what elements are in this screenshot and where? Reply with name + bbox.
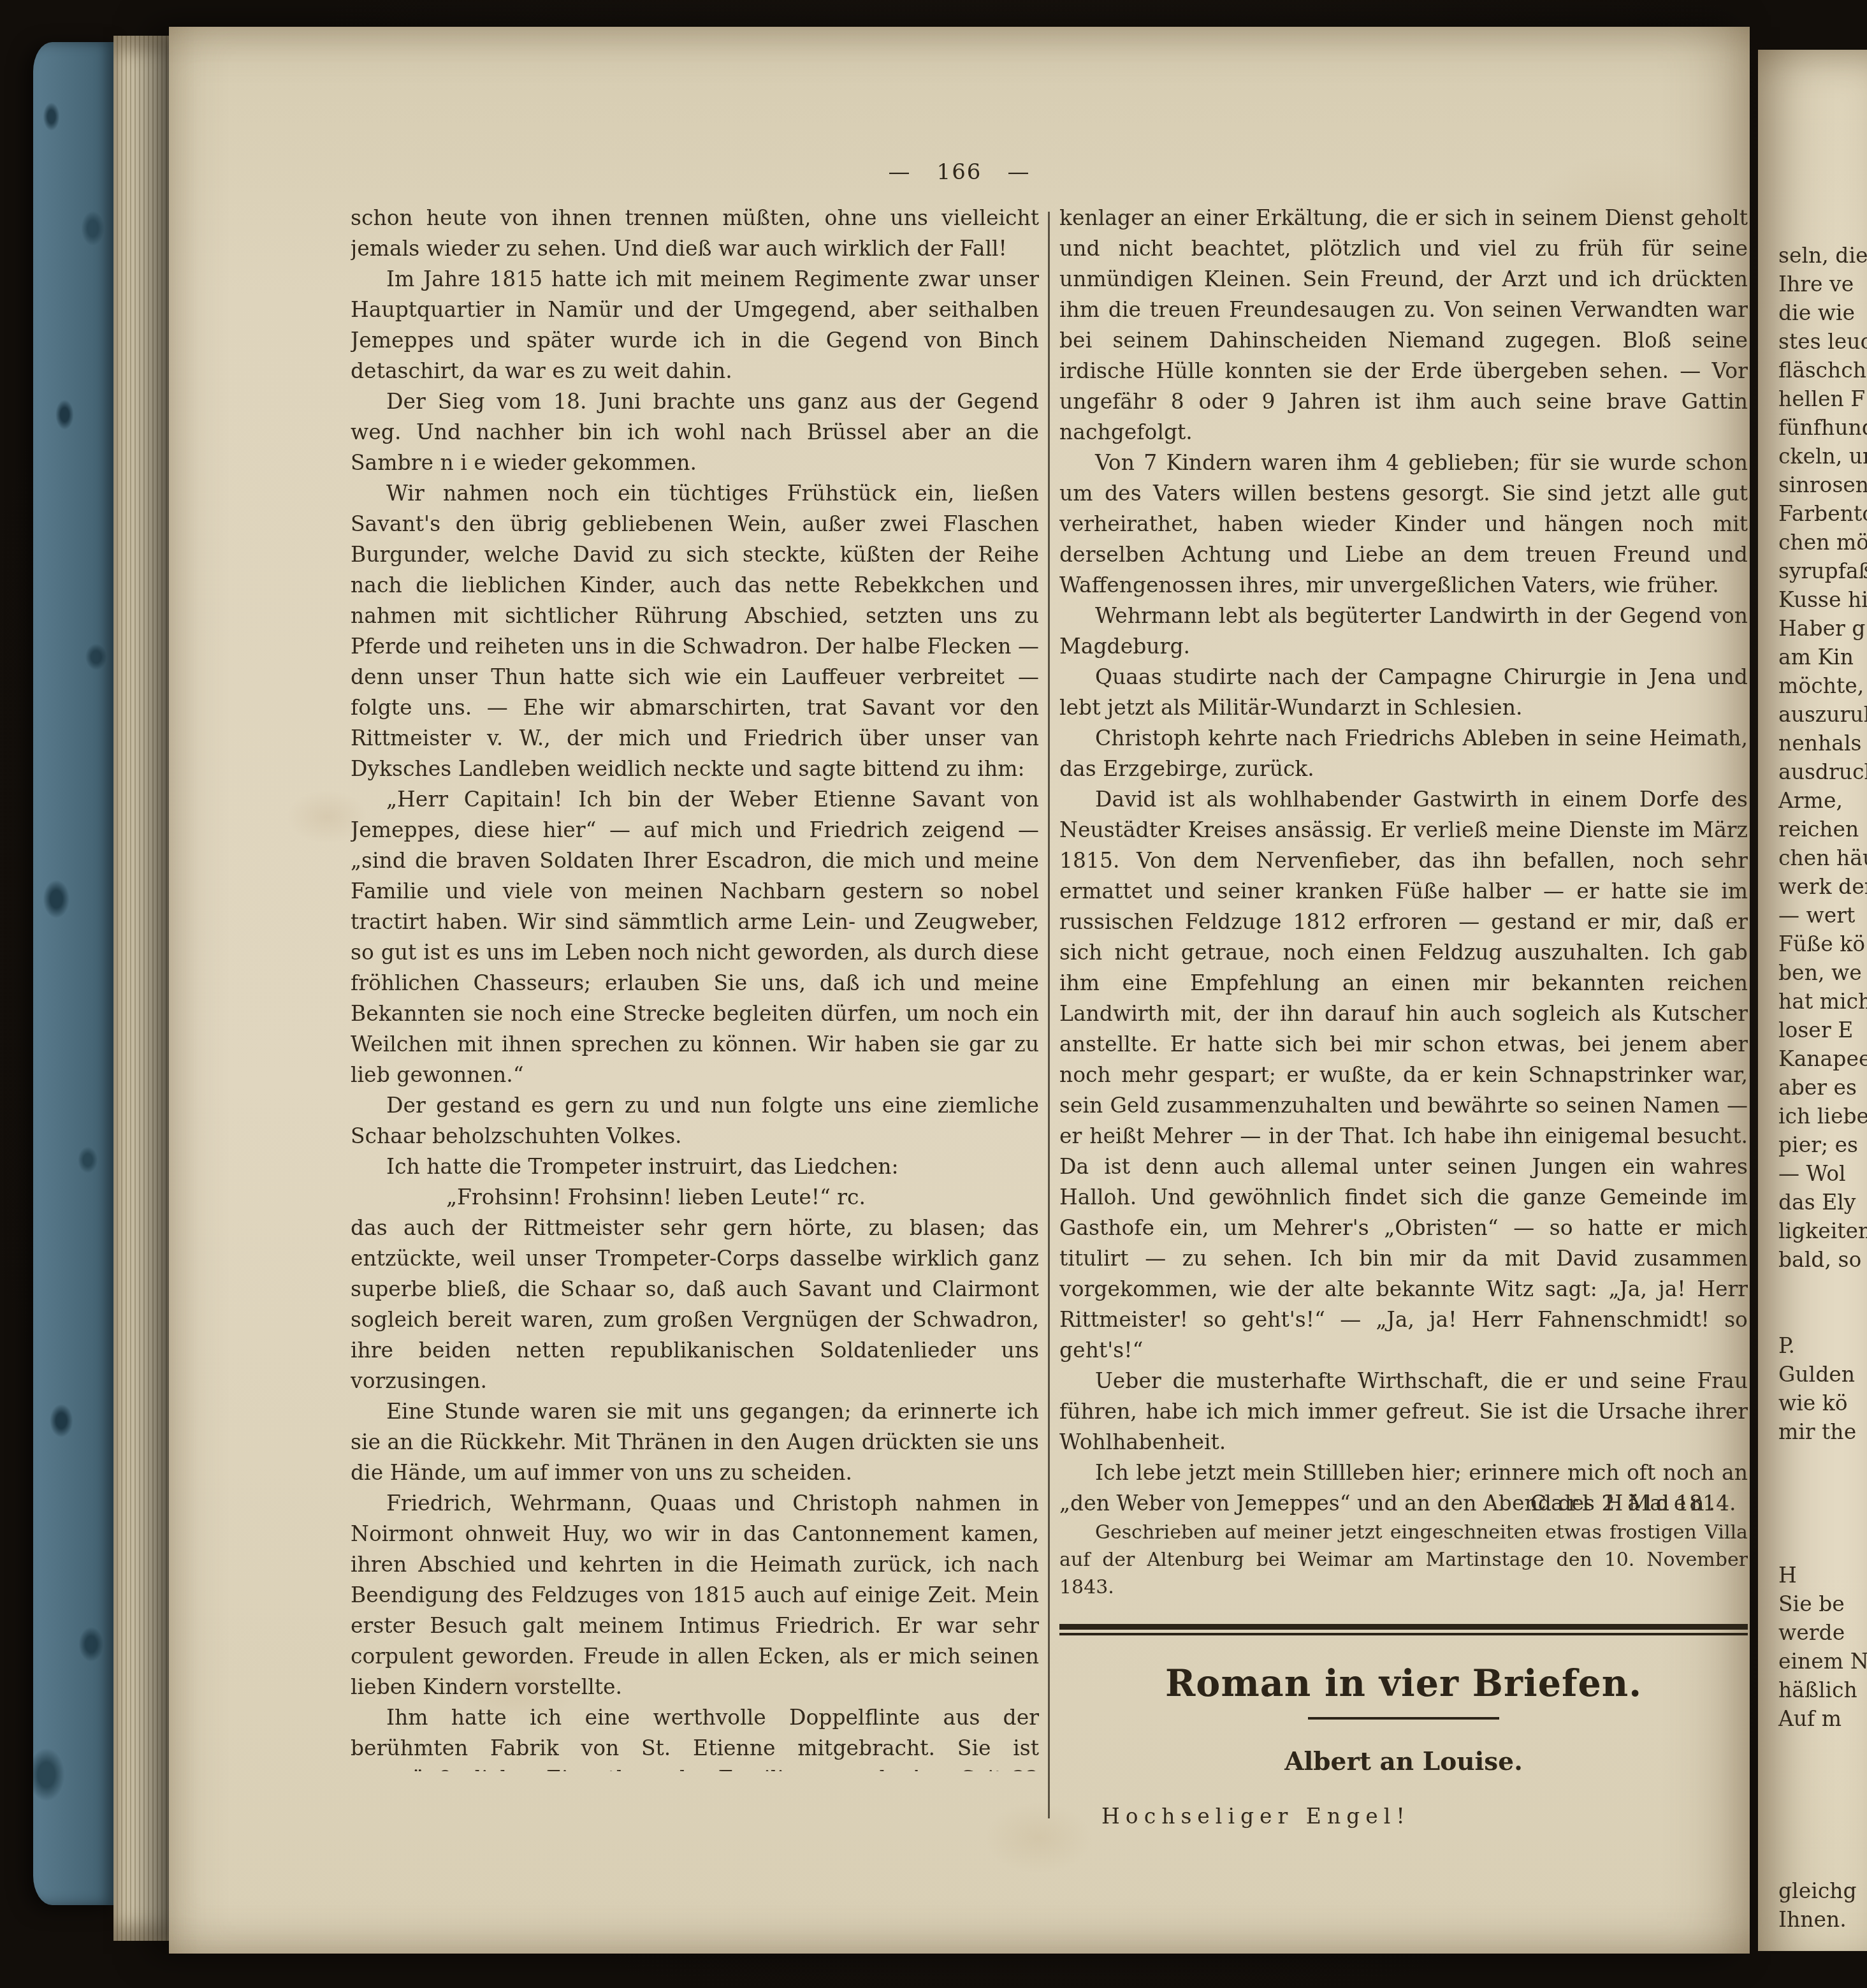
next-page-text-fragment: — Wol xyxy=(1778,1159,1867,1188)
next-page-text-fragment: ausdruck xyxy=(1778,757,1867,786)
paragraph: Ueber die musterhafte Wirthschaft, die e… xyxy=(1059,1366,1748,1458)
header-dash-left: — xyxy=(889,159,912,185)
next-page-text-fragment: Kanapee xyxy=(1778,1044,1867,1073)
next-page-sliver: seln, dieIhre vedie wiestes leuchfläschc… xyxy=(1758,50,1867,1951)
next-page-text-fragment: wie kö xyxy=(1778,1389,1867,1417)
page-number: 166 xyxy=(937,159,982,185)
next-page-text-fragment: Kusse hi xyxy=(1778,585,1867,614)
next-page-text-fragment: H xyxy=(1778,1561,1867,1590)
paragraph: Friedrich, Wehrmann, Quaas und Christoph… xyxy=(351,1488,1039,1702)
paragraph: Wehrmann lebt als begüterter Landwirth i… xyxy=(1059,601,1748,662)
column-gap xyxy=(1039,203,1059,1835)
paragraph: schon heute von ihnen trennen müßten, oh… xyxy=(351,203,1039,264)
next-page-text-fragment: Ihre ve xyxy=(1778,270,1867,298)
left-column: schon heute von ihnen trennen müßten, oh… xyxy=(351,203,1039,1771)
next-page-text-fragment: ckeln, un xyxy=(1778,442,1867,471)
next-page-text-fragment: Ihnen. xyxy=(1778,1905,1867,1934)
next-page-text-fragment: syrupfaß xyxy=(1778,557,1867,585)
next-page-text-fragment: häßlich xyxy=(1778,1676,1867,1704)
next-page-text-fragment: loser E xyxy=(1778,1016,1867,1044)
paragraph: Eine Stunde waren sie mit uns gegangen; … xyxy=(351,1396,1039,1488)
section-title: Roman in vier Briefen. xyxy=(1059,1669,1748,1699)
next-page-text-fragment: ich liebe xyxy=(1778,1102,1867,1130)
next-page-text-fragment: reichen xyxy=(1778,815,1867,844)
paragraph: das auch der Rittmeister sehr gern hörte… xyxy=(351,1213,1039,1396)
book-cover-marbled-edge xyxy=(33,42,116,1905)
next-page-text-fragment xyxy=(1778,1532,1867,1561)
next-page-text-fragment: stes leuch xyxy=(1778,327,1867,356)
next-page-text-fragment: auszuruh xyxy=(1778,700,1867,729)
next-page-text-fragment: mir the xyxy=(1778,1417,1867,1446)
next-page-text-fragment: Haber g xyxy=(1778,614,1867,643)
next-page-text-fragment xyxy=(1778,1762,1867,1790)
next-page-text-fragment: pier; es xyxy=(1778,1130,1867,1159)
page-header: — 166 — xyxy=(169,159,1750,185)
next-page-text-fragment: hellen F xyxy=(1778,384,1867,413)
next-page-text-fragment xyxy=(1778,1274,1867,1303)
paragraph: Im Jahre 1815 hatte ich mit meinem Regim… xyxy=(351,264,1039,386)
next-page-text-fragment: Farbento xyxy=(1778,499,1867,528)
next-page-text-fragment: werde xyxy=(1778,1618,1867,1647)
paragraph: kenlager an einer Erkältung, die er sich… xyxy=(1059,203,1748,448)
paragraph: Ihm hatte ich eine werthvolle Doppelflin… xyxy=(351,1702,1039,1771)
next-page-text-fragment: bald, so xyxy=(1778,1245,1867,1274)
next-page-text-fragment: ben, we xyxy=(1778,958,1867,987)
next-page-text-fragment: gleichg xyxy=(1778,1876,1867,1905)
book-page-166: — 166 — schon heute von ihnen trennen mü… xyxy=(169,27,1750,1954)
next-page-text-fragment xyxy=(1778,1303,1867,1331)
next-page-text-fragment: fünfhund xyxy=(1778,413,1867,442)
next-page-text-fragment: chen häu xyxy=(1778,844,1867,872)
next-page-text-fragment: fläschchen xyxy=(1778,356,1867,384)
paragraph: David ist als wohlhabender Gastwirth in … xyxy=(1059,784,1748,1366)
paragraph: Wir nahmen noch ein tüchtiges Frühstück … xyxy=(351,478,1039,784)
next-page-text-fragment: ligkeiten xyxy=(1778,1217,1867,1245)
next-page-text-fragment: chen mö xyxy=(1778,528,1867,557)
right-column: kenlager an einer Erkältung, die er sich… xyxy=(1059,203,1748,1835)
next-page-text-fragment: werk der xyxy=(1778,872,1867,901)
next-page-text-fragment: P. xyxy=(1778,1331,1867,1360)
next-page-text-fragment xyxy=(1778,1848,1867,1876)
next-page-text-fragment: die wie xyxy=(1778,298,1867,327)
next-page-text-fragment: möchte, xyxy=(1778,671,1867,700)
next-page-text-fragment: einem N xyxy=(1778,1647,1867,1676)
scanned-book-photo: — 166 — schon heute von ihnen trennen mü… xyxy=(0,0,1867,1988)
section-title-rule xyxy=(1308,1717,1499,1720)
section-subtitle: Albert an Louise. xyxy=(1059,1746,1748,1777)
next-page-text-fragment xyxy=(1778,1819,1867,1848)
next-page-text-fragment: Arme, xyxy=(1778,786,1867,815)
letter-salutation: Hochseliger Engel! xyxy=(1101,1801,1748,1832)
next-page-text-fragment xyxy=(1778,1475,1867,1503)
next-page-text-fragment: Gulden xyxy=(1778,1360,1867,1389)
header-dash-right: — xyxy=(1007,159,1030,185)
paragraph: Geschrieben auf meiner jetzt eingeschnei… xyxy=(1059,1519,1748,1601)
paragraph: Von 7 Kindern waren ihm 4 geblieben; für… xyxy=(1059,448,1748,601)
next-page-text-fragment: — wert xyxy=(1778,901,1867,930)
next-page-text-fragment: hat mich xyxy=(1778,987,1867,1016)
next-page-text-fragment: sinrosena xyxy=(1778,471,1867,499)
next-page-text-fragment: aber es xyxy=(1778,1073,1867,1102)
next-page-text-fragment: am Kin xyxy=(1778,643,1867,671)
paragraph: „Frohsinn! Frohsinn! lieben Leute!“ rc. xyxy=(351,1182,1039,1213)
next-page-text-fragment: nenhals xyxy=(1778,729,1867,757)
next-page-text-fragment: Sie be xyxy=(1778,1590,1867,1618)
next-page-text-fragment xyxy=(1778,1733,1867,1762)
next-page-text-fragment xyxy=(1778,1790,1867,1819)
stacked-page-edges xyxy=(113,36,172,1941)
next-page-text-fragment: seln, die xyxy=(1778,241,1867,270)
next-page-text-fragment: Auf m xyxy=(1778,1704,1867,1733)
next-page-text-fragment: Füße kö xyxy=(1778,930,1867,958)
text-columns: schon heute von ihnen trennen müßten, oh… xyxy=(169,203,1750,1835)
paragraph: Der Sieg vom 18. Juni brachte uns ganz a… xyxy=(351,386,1039,478)
next-page-text-fragment: das Ely xyxy=(1778,1188,1867,1217)
paragraph: Ich hatte die Trompeter instruirt, das L… xyxy=(351,1151,1039,1182)
paragraph: Christoph kehrte nach Friedrichs Ableben… xyxy=(1059,723,1748,784)
next-page-text-fragment xyxy=(1778,1446,1867,1475)
column-divider-rule xyxy=(1048,212,1050,1818)
right-column-text: kenlager an einer Erkältung, die er sich… xyxy=(1059,203,1748,1601)
paragraph: „Herr Capitain! Ich bin der Weber Etienn… xyxy=(351,784,1039,1090)
paragraph: Quaas studirte nach der Campagne Chirurg… xyxy=(1059,662,1748,723)
section-divider-rule xyxy=(1059,1624,1748,1635)
next-page-text-fragment xyxy=(1778,1503,1867,1532)
paragraph: Der gestand es gern zu und nun folgte un… xyxy=(351,1090,1039,1151)
